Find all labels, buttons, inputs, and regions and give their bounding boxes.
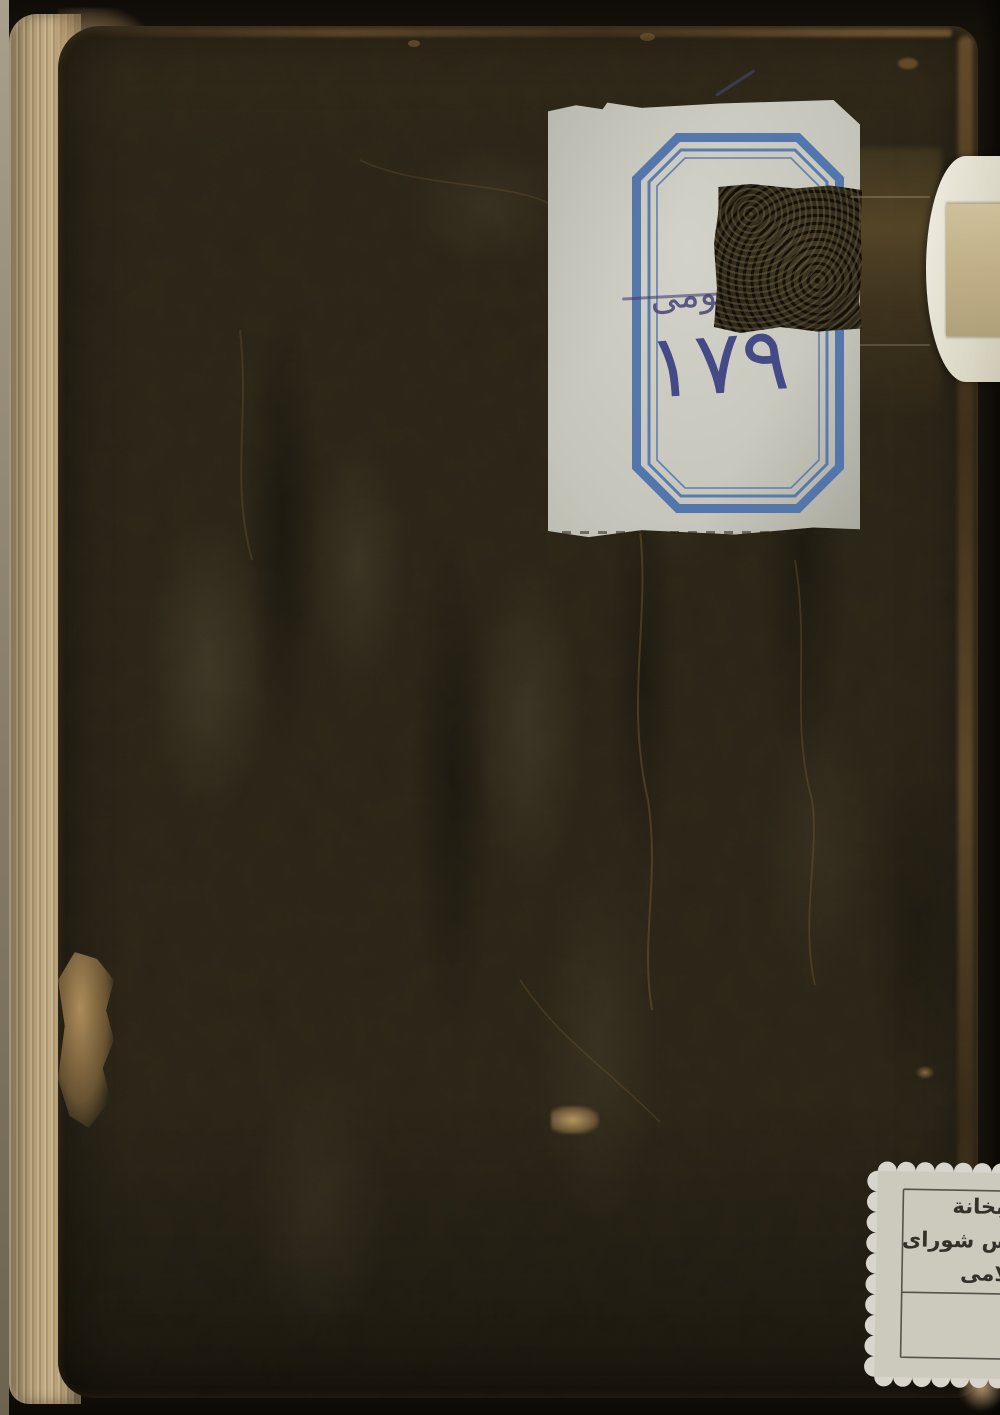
tape-strip bbox=[946, 204, 1000, 336]
library-stamp: ابخانة س شوراى لامى bbox=[860, 1161, 1000, 1390]
leather-stain-left bbox=[58, 952, 114, 1128]
wear-speck bbox=[898, 58, 918, 69]
wear-speck bbox=[408, 40, 420, 47]
stamp-text-line-2: س شوراى bbox=[898, 1227, 1000, 1253]
stamp-text-line-3: لامى bbox=[898, 1260, 1000, 1286]
tape-edge-line bbox=[852, 344, 930, 346]
scan-edge-strip bbox=[0, 0, 9, 1415]
stamp-text-line-1: ابخانة bbox=[899, 1193, 1000, 1219]
wear-speck bbox=[640, 33, 655, 41]
label-bottom-edge-marks bbox=[562, 531, 850, 534]
leather-stain-dot bbox=[916, 1066, 934, 1079]
leather-stain-center bbox=[551, 1106, 599, 1134]
book-cover-photo: عمومی ١٧٩ ابخانة س شوراى لامى bbox=[0, 0, 1000, 1415]
catalog-number: ١٧٩ bbox=[644, 308, 822, 440]
tape-edge-line bbox=[850, 196, 930, 198]
